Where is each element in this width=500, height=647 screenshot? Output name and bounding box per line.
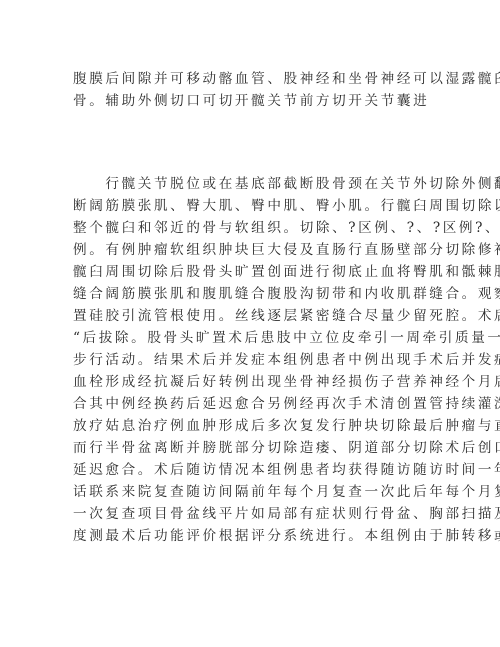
text-line: 话联系来院复查随访间隔前年每个月复查一次此后年每个月复查一次然后每年复查 bbox=[73, 481, 433, 503]
text-line: 度测最术后功能评价根据评分系统进行。本组例由于肺转移或远处转移并发肺转移 bbox=[73, 525, 433, 547]
paragraph-1: 腹膜后间隙并可移动髂血管、股神经和坐骨神经可以湿露髋臼的内侧壁髂骨和耻世 骨。辅… bbox=[73, 68, 433, 112]
text-line: 合其中例经换药后延迟愈合另例经再次手术清创置管持续灌洗引流后愈合例复发行 bbox=[73, 393, 433, 415]
text-line: 血栓形成经抗凝后好转例出现坐骨神经损伤子营养神经个月后好转例创口渗液不愈 bbox=[73, 371, 433, 393]
text-line: 断阔筋膜张肌、臀大肌、臀中肌、臀小肌。行髋臼周围切除以广泛切除的标准切除 bbox=[73, 195, 433, 217]
text-line: 延迟愈合。术后随访情况本组例患者均获得随访随访时间一年。随访方式均通过电 bbox=[73, 459, 433, 481]
text-line: 行髋关节脱位或在基底部截断股骨颈在关节外切除外侧翻起肌皮瓣在肿瘤外切 bbox=[73, 173, 433, 195]
text-line: 置硅胶引流管根使用。丝线逐层紧密缝合尽量少留死腔。术后硅胶管内引流液少于 bbox=[73, 305, 433, 327]
text-line: “后拔除。股骨头旷置术后患肢中立位皮牵引一周牵引质量一。以后借助支具逐渐 bbox=[73, 327, 433, 349]
text-line: 骨。辅助外侧切口可切开髋关节前方切开关节囊进 bbox=[73, 90, 433, 112]
text-line: 例。有例肿瘤软组织肿块巨大侵及直肠行直肠壁部分切除修补并肠造瘘二期缝合。 bbox=[73, 239, 433, 261]
document-page: 腹膜后间隙并可移动髂血管、股神经和坐骨神经可以湿露髋臼的内侧壁髂骨和耻世 骨。辅… bbox=[0, 0, 500, 647]
text-line: 而行半骨盆离断并膀胱部分切除造瘘、阴道部分切除术后创口渗液不愈合经换药后 bbox=[73, 437, 433, 459]
paragraph-2: 行髋关节脱位或在基底部截断股骨颈在关节外切除外侧翻起肌皮瓣在肿瘤外切 断阔筋膜张… bbox=[73, 173, 433, 547]
text-line: 整个髋臼和邻近的骨与软组织。切除、?区例、?、?区例?、?区例?区例、?、?区 bbox=[73, 217, 433, 239]
text-line: 髋臼周围切除后股骨头旷置创面进行彻底止血将臀肌和骶棘肌、腰方肌、腹壁肌群 bbox=[73, 261, 433, 283]
text-line: 一次复查项目骨盆线平片如局部有症状则行骨盆、胸部扫描及全身骨骼肢体短缩长 bbox=[73, 503, 433, 525]
text-line: 缝合阔筋膜张肌和腹肌缝合腹股沟韧带和内收肌群缝合。观察皮瓣血运情况创口放 bbox=[73, 283, 433, 305]
text-line: 步行活动。结果术后并发症本组例患者中例出现手术后并发症分别为例下肢深静脉 bbox=[73, 349, 433, 371]
text-line: 腹膜后间隙并可移动髂血管、股神经和坐骨神经可以湿露髋臼的内侧壁髂骨和耻世 bbox=[73, 68, 433, 90]
text-line: 放疗姑息治疗例血肿形成后多次复发行肿块切除最后肿瘤与直肠、膀胱及子宫粘连 bbox=[73, 415, 433, 437]
